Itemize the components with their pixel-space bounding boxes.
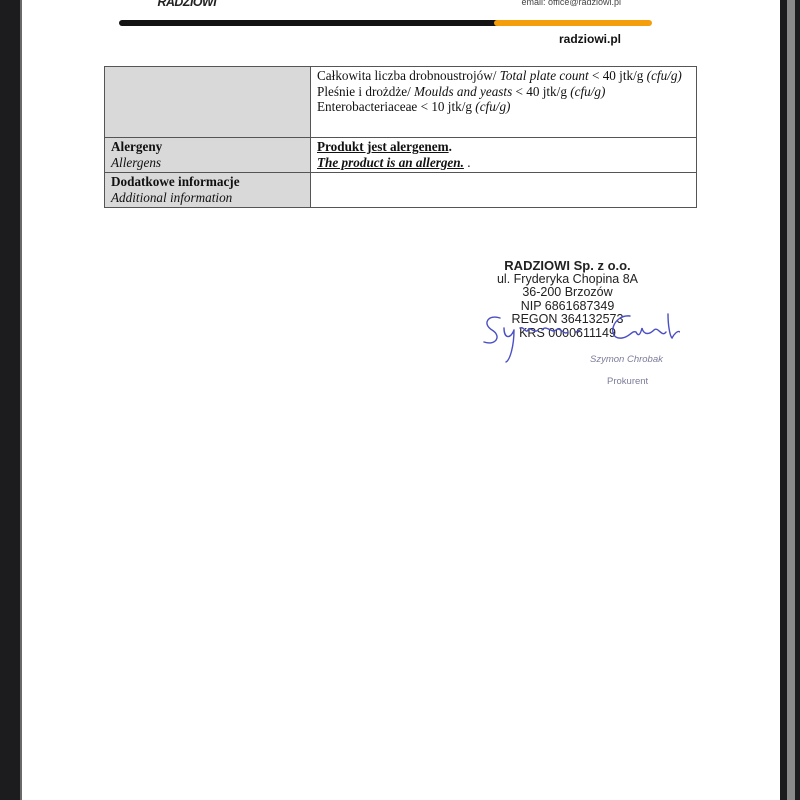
header-email: email: office@radziowi.pl (521, 0, 621, 7)
scrollbar[interactable] (787, 0, 795, 800)
allergens-value: Produkt jest alergenem. The product is a… (311, 138, 697, 173)
microbiology-values: Całkowita liczba drobnoustrojów/ Total p… (311, 67, 697, 138)
specification-table: Całkowita liczba drobnoustrojów/ Total p… (104, 66, 697, 208)
moulds-and-yeasts: Pleśnie i drożdże/ Moulds and yeasts < 4… (317, 84, 690, 100)
table-row: Alergeny Allergens Produkt jest alergene… (105, 138, 697, 173)
row-label-allergens: Alergeny Allergens (105, 138, 311, 173)
signer-name: Szymon Chrobak (590, 354, 663, 365)
header-divider-dark (119, 20, 501, 26)
enterobacteriaceae: Enterobacteriaceae < 10 jtk/g (cfu/g) (317, 99, 690, 115)
page-edge (20, 0, 22, 800)
signer-role: Prokurent (607, 376, 648, 387)
row-label-additional-info: Dodatkowe informacje Additional informat… (105, 173, 311, 208)
additional-info-value (311, 173, 697, 208)
table-row: Dodatkowe informacje Additional informat… (105, 173, 697, 208)
row-label-microbiology (105, 67, 311, 138)
header-website: radziowi.pl (559, 32, 621, 46)
table-row: Całkowita liczba drobnoustrojów/ Total p… (105, 67, 697, 138)
total-plate-count: Całkowita liczba drobnoustrojów/ Total p… (317, 68, 690, 84)
company-logo: RADZIOWI (158, 0, 217, 9)
header-divider-accent (494, 20, 652, 26)
